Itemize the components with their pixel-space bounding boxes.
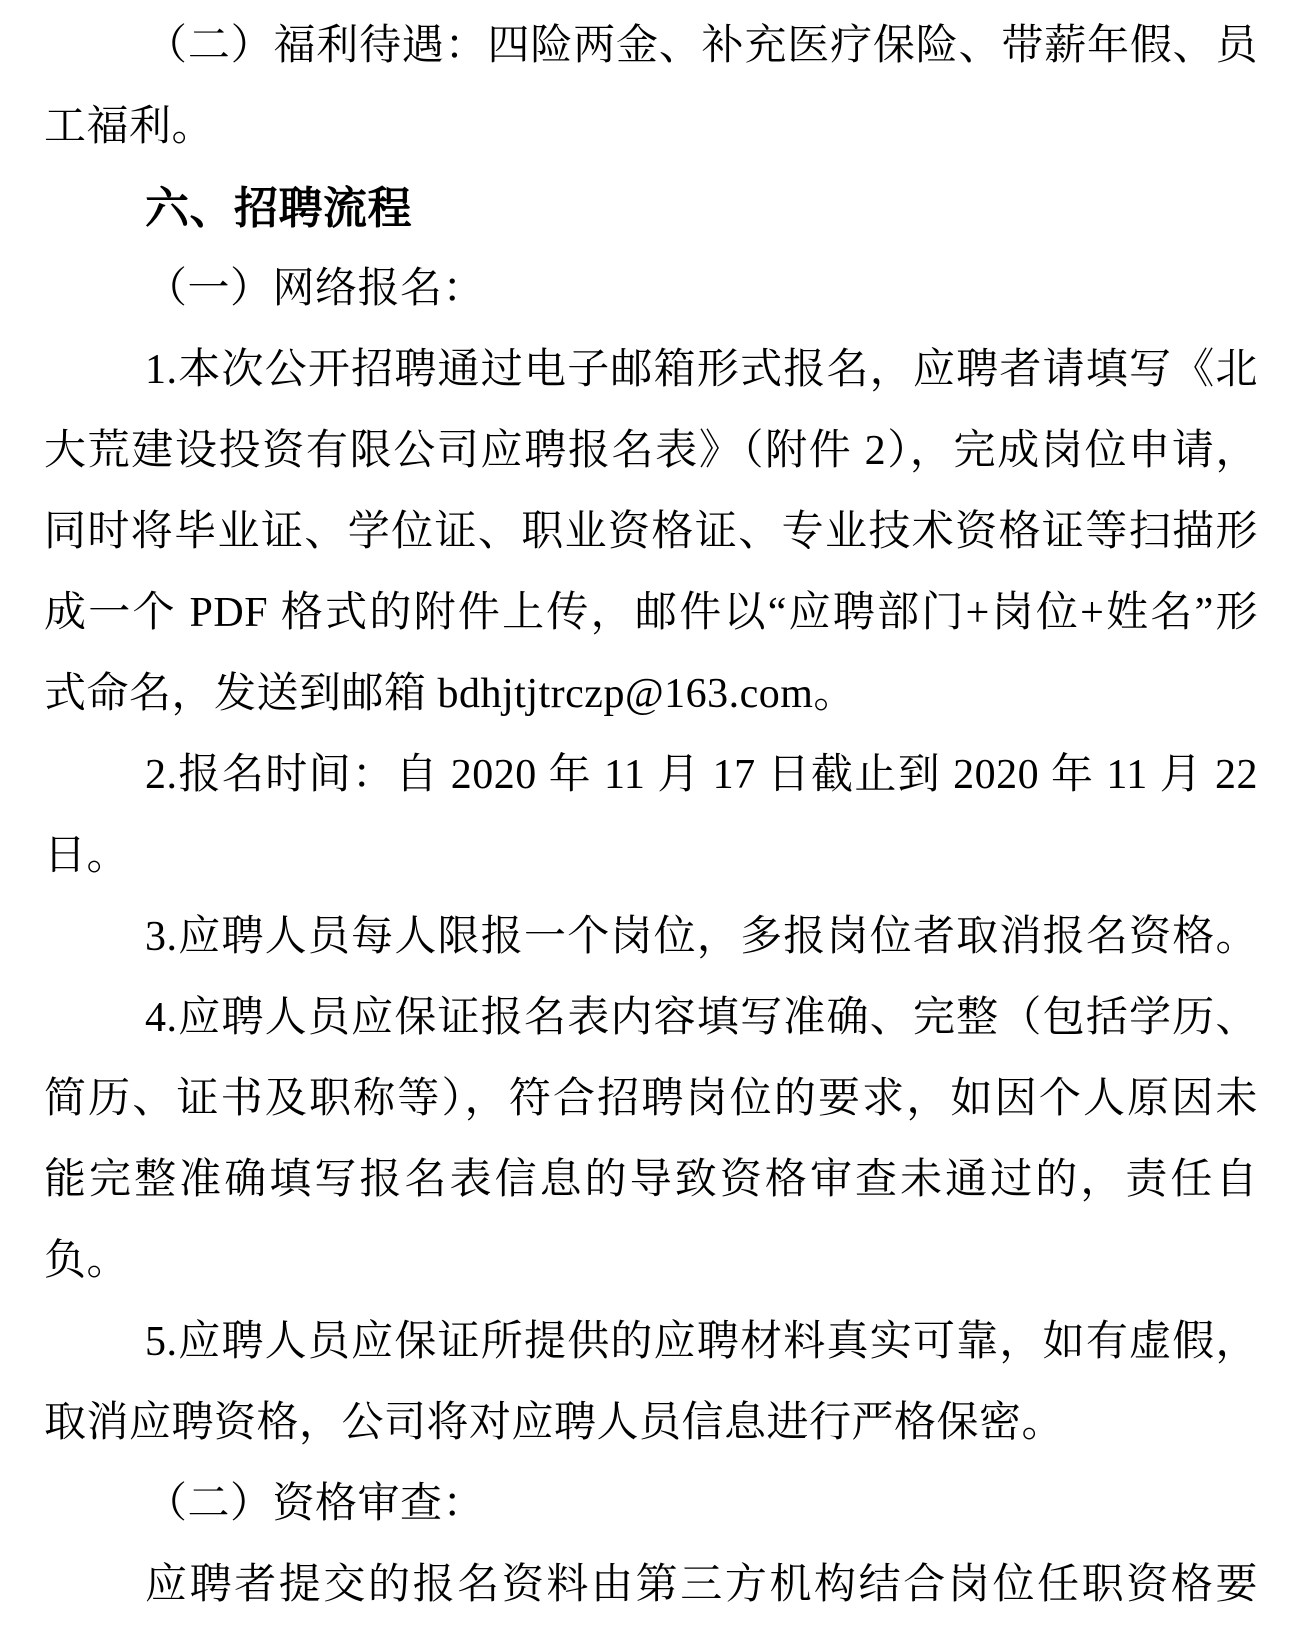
text-line: 能完整准确填写报名表信息的导致资格审查未通过的，责任自: [44, 1140, 1258, 1221]
section-heading: 六、招聘流程: [44, 168, 1258, 249]
text-line: 成一个 PDF 格式的附件上传，邮件以“应聘部门+岗位+姓名”形: [44, 573, 1258, 654]
document-body: （二）福利待遇：四险两金、补充医疗保险、带薪年假、员工福利。六、招聘流程（一）网…: [44, 6, 1258, 1626]
text-line: 4.应聘人员应保证报名表内容填写准确、完整（包括学历、: [44, 978, 1258, 1059]
text-line: 式命名，发送到邮箱 bdhjtjtrczp@163.com。: [44, 654, 1258, 735]
text-line: 负。: [44, 1221, 1258, 1302]
document-page: （二）福利待遇：四险两金、补充医疗保险、带薪年假、员工福利。六、招聘流程（一）网…: [0, 0, 1300, 1627]
text-line: 日。: [44, 816, 1258, 897]
text-line: 大荒建设投资有限公司应聘报名表》（附件 2），完成岗位申请，: [44, 411, 1258, 492]
text-line: 工福利。: [44, 87, 1258, 168]
text-line: （一）网络报名：: [44, 249, 1258, 330]
text-line: 5.应聘人员应保证所提供的应聘材料真实可靠，如有虚假，: [44, 1302, 1258, 1383]
text-line: 1.本次公开招聘通过电子邮箱形式报名，应聘者请填写《北: [44, 330, 1258, 411]
text-line: （二）资格审查：: [44, 1464, 1258, 1545]
text-line: 3.应聘人员每人限报一个岗位，多报岗位者取消报名资格。: [44, 897, 1258, 978]
text-line: （二）福利待遇：四险两金、补充医疗保险、带薪年假、员: [44, 6, 1258, 87]
text-line: 取消应聘资格，公司将对应聘人员信息进行严格保密。: [44, 1383, 1258, 1464]
text-line: 2.报名时间：自 2020 年 11 月 17 日截止到 2020 年 11 月…: [44, 735, 1258, 816]
text-line: 简历、证书及职称等），符合招聘岗位的要求，如因个人原因未: [44, 1059, 1258, 1140]
text-line: 同时将毕业证、学位证、职业资格证、专业技术资格证等扫描形: [44, 492, 1258, 573]
text-line: 应聘者提交的报名资料由第三方机构结合岗位任职资格要: [44, 1545, 1258, 1626]
